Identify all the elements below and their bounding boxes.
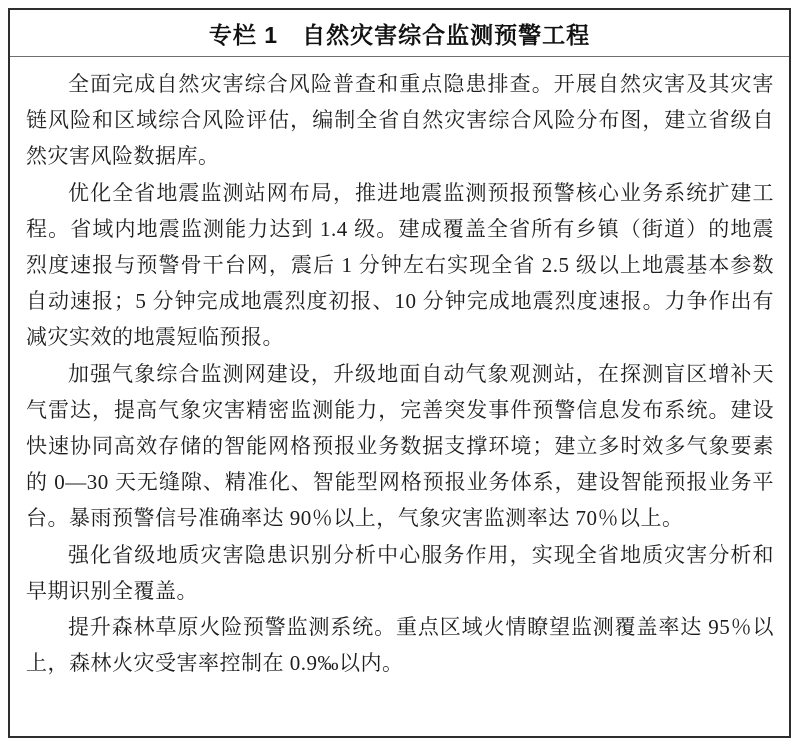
column-panel: 专栏 1 自然灾害综合监测预警工程 全面完成自然灾害综合风险普查和重点隐患排查。… — [8, 8, 791, 738]
paragraph-meteorological-monitoring: 加强气象综合监测网建设，升级地面自动气象观测站，在探测盲区增补天气雷达，提高气象… — [26, 356, 774, 537]
panel-header: 专栏 1 自然灾害综合监测预警工程 — [10, 10, 789, 57]
panel-title: 专栏 1 自然灾害综合监测预警工程 — [209, 17, 590, 50]
paragraph-risk-survey: 全面完成自然灾害综合风险普查和重点隐患排查。开展自然灾害及其灾害链风险和区域综合… — [26, 66, 774, 175]
paragraph-forest-fire-warning: 提升森林草原火险预警监测系统。重点区域火情瞭望监测覆盖率达 95％以上，森林火灾… — [26, 609, 774, 681]
paragraph-geological-hazard: 强化省级地质灾害隐患识别分析中心服务作用，实现全省地质灾害分析和早期识别全覆盖。 — [26, 537, 774, 609]
panel-body: 全面完成自然灾害综合风险普查和重点隐患排查。开展自然灾害及其灾害链风险和区域综合… — [10, 57, 789, 681]
paragraph-earthquake-monitoring: 优化全省地震监测站网布局，推进地震监测预报预警核心业务系统扩建工程。省域内地震监… — [26, 175, 774, 356]
